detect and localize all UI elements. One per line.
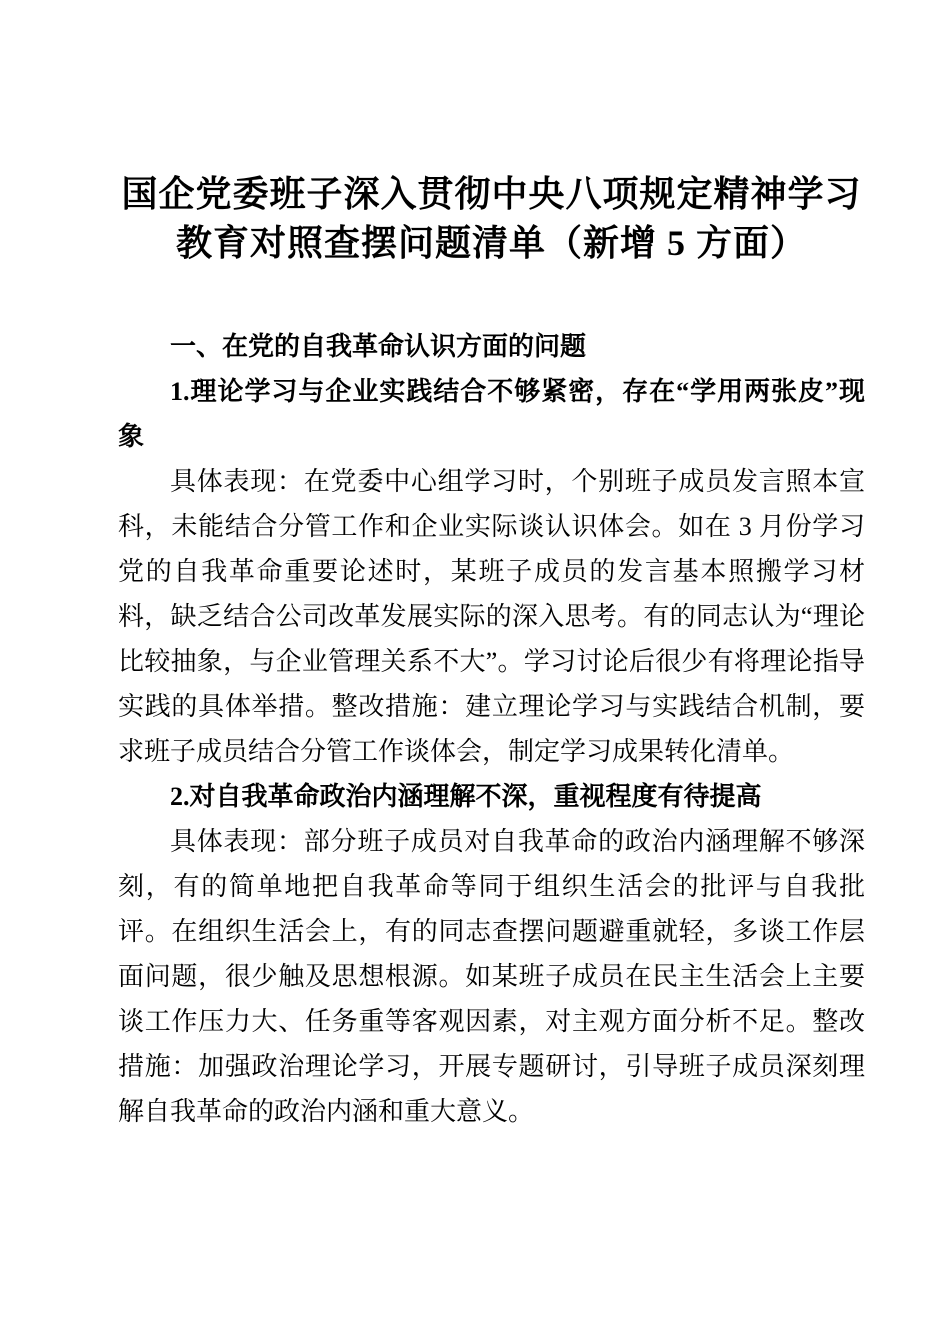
item-2-body: 具体表现：部分班子成员对自我革命的政治内涵理解不够深刻，有的简单地把自我革命等同… — [118, 819, 865, 1134]
item-1-heading: 1.理论学习与企业实践结合不够紧密，存在“学用两张皮”现象 — [118, 369, 865, 459]
document-title: 国企党委班子深入贯彻中央八项规定精神学习教育对照查摆问题清单（新增 5 方面） — [118, 170, 865, 268]
item-1-body: 具体表现：在党委中心组学习时，个别班子成员发言照本宣科，未能结合分管工作和企业实… — [118, 459, 865, 774]
document-page: 国企党委班子深入贯彻中央八项规定精神学习教育对照查摆问题清单（新增 5 方面） … — [0, 0, 950, 1344]
document-body: 一、在党的自我革命认识方面的问题 1.理论学习与企业实践结合不够紧密，存在“学用… — [118, 324, 865, 1134]
section-heading: 一、在党的自我革命认识方面的问题 — [118, 324, 865, 369]
item-2-heading: 2.对自我革命政治内涵理解不深，重视程度有待提高 — [118, 774, 865, 819]
